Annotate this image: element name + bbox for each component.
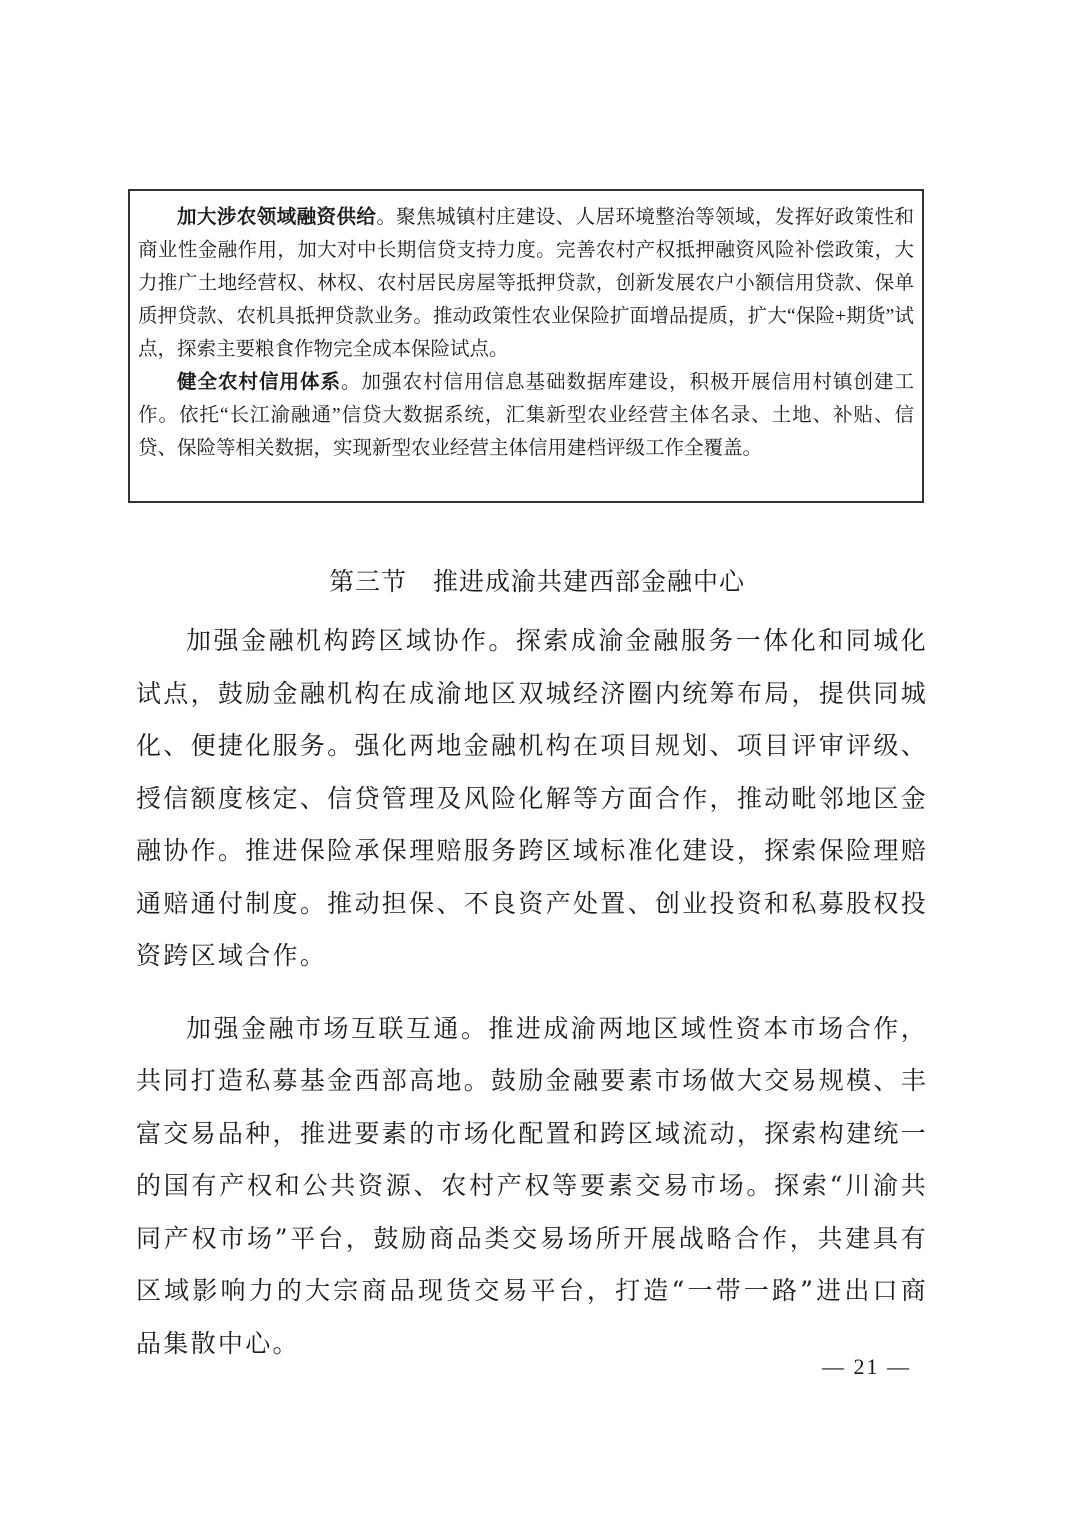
callout-paragraph: 加大涉农领域融资供给。聚焦城镇村庄建设、人居环境整治等领域，发挥好政策性和商业性… bbox=[138, 201, 914, 366]
body-paragraph: 加强金融市场互联互通。推进成渝两地区域性资本市场合作，共同打造私募基金西部高地。… bbox=[136, 1003, 928, 1371]
boxed-callout: 加大涉农领域融资供给。聚焦城镇村庄建设、人居环境整治等领域，发挥好政策性和商业性… bbox=[128, 189, 924, 503]
section-title: 第三节 推进成渝共建西部金融中心 bbox=[0, 562, 1074, 602]
body-paragraph: 加强金融机构跨区域协作。探索成渝金融服务一体化和同城化试点，鼓励金融机构在成渝地… bbox=[136, 615, 928, 983]
callout-text: 。聚焦城镇村庄建设、人居环境整治等领域，发挥好政策性和商业性金融作用，加大对中长… bbox=[138, 207, 914, 360]
page-number: — 21 — bbox=[822, 1354, 911, 1380]
callout-heading: 加大涉农领域融资供给 bbox=[177, 206, 376, 228]
callout-heading: 健全农村信用体系 bbox=[177, 371, 341, 393]
callout-paragraph: 健全农村信用体系。加强农村信用信息基础数据库建设，积极开展信用村镇创建工作。依托… bbox=[138, 366, 914, 465]
body-text: 加强金融机构跨区域协作。探索成渝金融服务一体化和同城化试点，鼓励金融机构在成渝地… bbox=[136, 615, 928, 1370]
